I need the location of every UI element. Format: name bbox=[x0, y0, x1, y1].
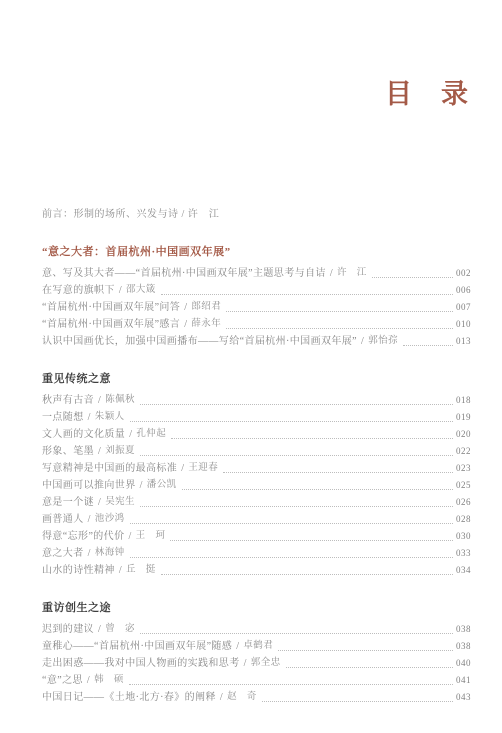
toc-entry: 在写意的旗帜下 / 邵大箴 006 bbox=[42, 282, 471, 299]
entry-author: 潘公凯 bbox=[147, 477, 177, 494]
entry-page-number: 038 bbox=[456, 621, 471, 638]
entry-title: 走出困惑——我对中国人物画的实践和思考 bbox=[42, 655, 240, 672]
entry-page-number: 019 bbox=[456, 409, 471, 426]
entry-page-number: 041 bbox=[456, 672, 471, 689]
entry-author: 韩 硕 bbox=[94, 672, 124, 689]
entry-title: 文人画的文化质量 bbox=[42, 426, 125, 443]
entry-separator: / bbox=[98, 392, 101, 409]
toc-entry: 文人画的文化质量 / 孔仲起 020 bbox=[42, 426, 471, 443]
entry-page-number: 034 bbox=[456, 562, 471, 579]
entry-author: 卓鹤君 bbox=[243, 638, 273, 655]
entry-separator: / bbox=[88, 511, 91, 528]
section-entries: 意、写及其大者——“首届杭州·中国画双年展”主题思考与自诘 / 许 江 002 … bbox=[42, 265, 471, 350]
entry-page-number: 006 bbox=[456, 282, 471, 299]
toc-entry: “首届杭州·中国画双年展”感言 / 薛永年 010 bbox=[42, 316, 471, 333]
entry-separator: / bbox=[361, 333, 364, 350]
entry-separator: / bbox=[129, 426, 132, 443]
entry-separator: / bbox=[88, 545, 91, 562]
toc-sections: “意之大者：首届杭州·中国画双年展” 意、写及其大者——“首届杭州·中国画双年展… bbox=[42, 244, 471, 706]
dot-leader bbox=[130, 557, 454, 558]
dot-leader bbox=[171, 438, 453, 439]
dot-leader bbox=[226, 328, 453, 329]
entry-separator: / bbox=[236, 638, 239, 655]
entry-separator: / bbox=[181, 460, 184, 477]
dot-leader bbox=[140, 455, 453, 456]
entry-separator: / bbox=[98, 443, 101, 460]
entry-author: 郭全忠 bbox=[251, 655, 281, 672]
entry-title: 画普通人 bbox=[42, 511, 84, 528]
entry-title: 一点随想 bbox=[42, 409, 84, 426]
entry-title: 形象、笔墨 bbox=[42, 443, 94, 460]
entry-page-number: 033 bbox=[456, 545, 471, 562]
toc-entry: 中国日记——《土地·北方·春》的阐释 / 赵 奇 043 bbox=[42, 689, 471, 706]
entry-author: 陈佩秋 bbox=[105, 392, 135, 409]
dot-leader bbox=[286, 667, 454, 668]
entry-title: 童稚心——“首届杭州·中国画双年展”随感 bbox=[42, 638, 232, 655]
entry-page-number: 038 bbox=[456, 638, 471, 655]
toc-entry: 形象、笔墨 / 刘振夏 022 bbox=[42, 443, 471, 460]
entry-author: 王 珂 bbox=[136, 528, 166, 545]
entry-page-number: 007 bbox=[456, 299, 471, 316]
entry-page-number: 010 bbox=[456, 316, 471, 333]
entry-separator: / bbox=[98, 494, 101, 511]
dot-leader bbox=[170, 540, 453, 541]
dot-leader bbox=[262, 701, 453, 702]
toc-entry: 画普通人 / 池沙鸿 028 bbox=[42, 511, 471, 528]
dot-leader bbox=[226, 311, 453, 312]
dot-leader bbox=[278, 650, 453, 651]
toc-entry: 意、写及其大者——“首届杭州·中国画双年展”主题思考与自诘 / 许 江 002 bbox=[42, 265, 471, 282]
entry-page-number: 023 bbox=[456, 460, 471, 477]
toc-entry: 得意“忘形”的代价 / 王 珂 030 bbox=[42, 528, 471, 545]
entry-separator: / bbox=[184, 316, 187, 333]
section-entries: 秋声有古音 / 陈佩秋 018 一点随想 / 朱颖人 019 文人画的文化质量 … bbox=[42, 392, 471, 579]
dot-leader bbox=[130, 523, 454, 524]
entry-title: 得意“忘形”的代价 bbox=[42, 528, 124, 545]
dot-leader bbox=[403, 345, 453, 346]
section-title: “意之大者：首届杭州·中国画双年展” bbox=[42, 244, 471, 260]
entry-separator: / bbox=[184, 299, 187, 316]
toc-page: 目 录 前言：形制的场所、兴发与诗 / 许 江 “意之大者：首届杭州·中国画双年… bbox=[0, 0, 502, 733]
entry-separator: / bbox=[119, 282, 122, 299]
entry-author: 王迎春 bbox=[188, 460, 218, 477]
entry-author: 郎绍君 bbox=[191, 299, 221, 316]
entry-title: 认识中国画优长，加强中国画播布——写给“首届杭州·中国画双年展” bbox=[42, 333, 357, 350]
page-title: 目 录 bbox=[385, 72, 469, 111]
entry-separator: / bbox=[119, 562, 122, 579]
toc-entry: 迟到的建议 / 曾 宓 038 bbox=[42, 621, 471, 638]
toc-section-2: 重访创生之途 迟到的建议 / 曾 宓 038 童稚心——“首届杭州·中国画双年展… bbox=[42, 600, 471, 706]
entry-separator: / bbox=[140, 477, 143, 494]
entry-title: 中国日记——《土地·北方·春》的阐释 bbox=[42, 689, 216, 706]
toc-entry: 写意精神是中国画的最高标准 / 王迎春 023 bbox=[42, 460, 471, 477]
toc-entry: 童稚心——“首届杭州·中国画双年展”随感 / 卓鹤君 038 bbox=[42, 638, 471, 655]
entry-author: 吴宪生 bbox=[105, 494, 135, 511]
toc-entry: 秋声有古音 / 陈佩秋 018 bbox=[42, 392, 471, 409]
entry-author: 薛永年 bbox=[191, 316, 221, 333]
entry-author: 朱颖人 bbox=[95, 409, 125, 426]
entry-page-number: 022 bbox=[456, 443, 471, 460]
entry-title: 意是一个谜 bbox=[42, 494, 94, 511]
entry-separator: / bbox=[128, 528, 131, 545]
entry-separator: / bbox=[244, 655, 247, 672]
section-entries: 迟到的建议 / 曾 宓 038 童稚心——“首届杭州·中国画双年展”随感 / 卓… bbox=[42, 621, 471, 706]
entry-author: 郭怡孮 bbox=[368, 333, 398, 350]
entry-title: 秋声有古音 bbox=[42, 392, 94, 409]
entry-author: 池沙鸿 bbox=[95, 511, 125, 528]
entry-page-number: 030 bbox=[456, 528, 471, 545]
entry-page-number: 025 bbox=[456, 477, 471, 494]
entry-title: 山水的诗性精神 bbox=[42, 562, 115, 579]
dot-leader bbox=[372, 277, 453, 278]
entry-separator: / bbox=[87, 672, 90, 689]
entry-separator: / bbox=[220, 689, 223, 706]
entry-title: “意”之思 bbox=[42, 672, 83, 689]
entry-title: 意、写及其大者——“首届杭州·中国画双年展”主题思考与自诘 bbox=[42, 265, 326, 282]
toc-entry: 山水的诗性精神 / 丘 挺 034 bbox=[42, 562, 471, 579]
entry-page-number: 026 bbox=[456, 494, 471, 511]
dot-leader bbox=[223, 472, 453, 473]
frontmatter-text: 前言：形制的场所、兴发与诗 / 许 江 bbox=[42, 209, 219, 220]
dot-leader bbox=[161, 574, 453, 575]
entry-author: 刘振夏 bbox=[105, 443, 135, 460]
entry-page-number: 028 bbox=[456, 511, 471, 528]
dot-leader bbox=[129, 684, 453, 685]
entry-page-number: 043 bbox=[456, 689, 471, 706]
toc-entry: 意是一个谜 / 吴宪生 026 bbox=[42, 494, 471, 511]
entry-title: 在写意的旗帜下 bbox=[42, 282, 115, 299]
entry-author: 邵大箴 bbox=[126, 282, 156, 299]
entry-title: 迟到的建议 bbox=[42, 621, 94, 638]
dot-leader bbox=[130, 421, 454, 422]
entry-page-number: 020 bbox=[456, 426, 471, 443]
toc-entry: 意之大者 / 林海钟 033 bbox=[42, 545, 471, 562]
toc-entry: “意”之思 / 韩 硕 041 bbox=[42, 672, 471, 689]
entry-title: “首届杭州·中国画双年展”问答 bbox=[42, 299, 180, 316]
toc-entry: “首届杭州·中国画双年展”问答 / 郎绍君 007 bbox=[42, 299, 471, 316]
entry-separator: / bbox=[330, 265, 333, 282]
toc-entry: 走出困惑——我对中国人物画的实践和思考 / 郭全忠 040 bbox=[42, 655, 471, 672]
entry-author: 许 江 bbox=[337, 265, 367, 282]
entry-author: 丘 挺 bbox=[126, 562, 156, 579]
dot-leader bbox=[161, 294, 453, 295]
dot-leader bbox=[182, 489, 454, 490]
toc-content: 前言：形制的场所、兴发与诗 / 许 江 “意之大者：首届杭州·中国画双年展” 意… bbox=[42, 206, 471, 706]
entry-title: 中国画可以推向世界 bbox=[42, 477, 136, 494]
entry-page-number: 013 bbox=[456, 333, 471, 350]
toc-section-1: 重见传统之意 秋声有古音 / 陈佩秋 018 一点随想 / 朱颖人 019 文人… bbox=[42, 371, 471, 579]
frontmatter-entry: 前言：形制的场所、兴发与诗 / 许 江 bbox=[42, 206, 471, 223]
entry-page-number: 002 bbox=[456, 265, 471, 282]
toc-entry: 一点随想 / 朱颖人 019 bbox=[42, 409, 471, 426]
toc-section-0: “意之大者：首届杭州·中国画双年展” 意、写及其大者——“首届杭州·中国画双年展… bbox=[42, 244, 471, 350]
dot-leader bbox=[140, 404, 453, 405]
toc-entry: 认识中国画优长，加强中国画播布——写给“首届杭州·中国画双年展” / 郭怡孮 0… bbox=[42, 333, 471, 350]
entry-author: 孔仲起 bbox=[136, 426, 166, 443]
toc-entry: 中国画可以推向世界 / 潘公凯 025 bbox=[42, 477, 471, 494]
dot-leader bbox=[140, 506, 453, 507]
entry-author: 赵 奇 bbox=[227, 689, 257, 706]
entry-title: 意之大者 bbox=[42, 545, 84, 562]
entry-title: 写意精神是中国画的最高标准 bbox=[42, 460, 177, 477]
entry-author: 林海钟 bbox=[95, 545, 125, 562]
entry-title: “首届杭州·中国画双年展”感言 bbox=[42, 316, 180, 333]
entry-author: 曾 宓 bbox=[105, 621, 135, 638]
entry-separator: / bbox=[88, 409, 91, 426]
dot-leader bbox=[140, 633, 453, 634]
entry-page-number: 040 bbox=[456, 655, 471, 672]
entry-page-number: 018 bbox=[456, 392, 471, 409]
section-title: 重访创生之途 bbox=[42, 600, 471, 616]
entry-separator: / bbox=[98, 621, 101, 638]
section-title: 重见传统之意 bbox=[42, 371, 471, 387]
